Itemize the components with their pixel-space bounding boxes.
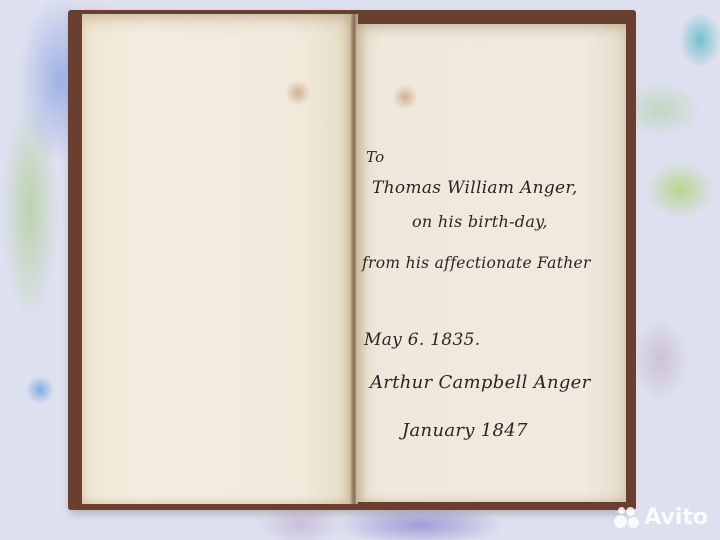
inscription-occasion: on his birth-day,: [412, 212, 548, 231]
signature-date: January 1847: [402, 420, 528, 441]
inscription-from: from his affectionate Father: [362, 254, 591, 272]
inscription-date: May 6. 1835.: [364, 330, 480, 350]
foxing-stain: [285, 80, 311, 106]
inscription-to: To: [366, 148, 384, 166]
avito-dots-logo-icon: [614, 507, 640, 529]
signature: Arthur Campbell Anger: [370, 372, 591, 393]
inscription-recipient: Thomas William Anger,: [372, 178, 578, 198]
left-page: [82, 14, 354, 504]
avito-watermark: Avito: [614, 505, 708, 530]
avito-wordmark: Avito: [644, 505, 708, 530]
foxing-stain: [392, 84, 418, 110]
